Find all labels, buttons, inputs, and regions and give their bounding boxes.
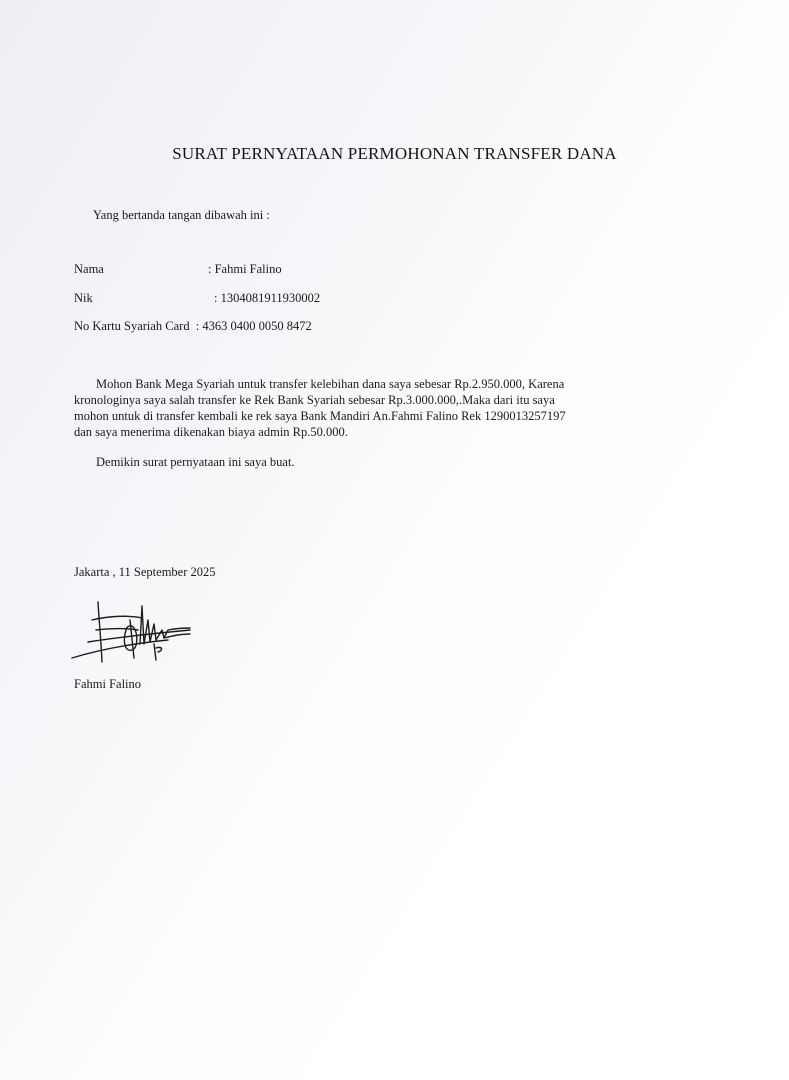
signer-name: Fahmi Falino bbox=[74, 677, 141, 692]
field-label: Nik bbox=[74, 291, 93, 306]
field-value: : 4363 0400 0050 8472 bbox=[196, 319, 312, 333]
field-value: : 1304081911930002 bbox=[214, 291, 320, 306]
field-value: : Fahmi Falino bbox=[208, 262, 282, 277]
body-line: kronologinya saya salah transfer ke Rek … bbox=[74, 392, 674, 408]
document-title: SURAT PERNYATAAN PERMOHONAN TRANSFER DAN… bbox=[0, 144, 789, 164]
signature-icon bbox=[68, 600, 198, 664]
body-line: dan saya menerima dikenakan biaya admin … bbox=[74, 424, 674, 440]
letter-page: SURAT PERNYATAAN PERMOHONAN TRANSFER DAN… bbox=[0, 0, 789, 1080]
field-label: Nama bbox=[74, 262, 104, 277]
body-line: mohon untuk di transfer kembali ke rek s… bbox=[74, 408, 674, 424]
field-nama: Nama : Fahmi Falino bbox=[74, 262, 104, 277]
intro-text: Yang bertanda tangan dibawah ini : bbox=[93, 208, 270, 223]
closing-text: Demikin surat pernyataan ini saya buat. bbox=[96, 455, 295, 470]
field-card-number: No Kartu Syariah Card : 4363 0400 0050 8… bbox=[74, 319, 312, 334]
field-nik: Nik : 1304081911930002 bbox=[74, 291, 93, 306]
field-label: No Kartu Syariah Card bbox=[74, 319, 190, 334]
body-line: Mohon Bank Mega Syariah untuk transfer k… bbox=[74, 376, 674, 392]
place-date: Jakarta , 11 September 2025 bbox=[74, 565, 216, 580]
body-paragraph: Mohon Bank Mega Syariah untuk transfer k… bbox=[74, 376, 674, 440]
